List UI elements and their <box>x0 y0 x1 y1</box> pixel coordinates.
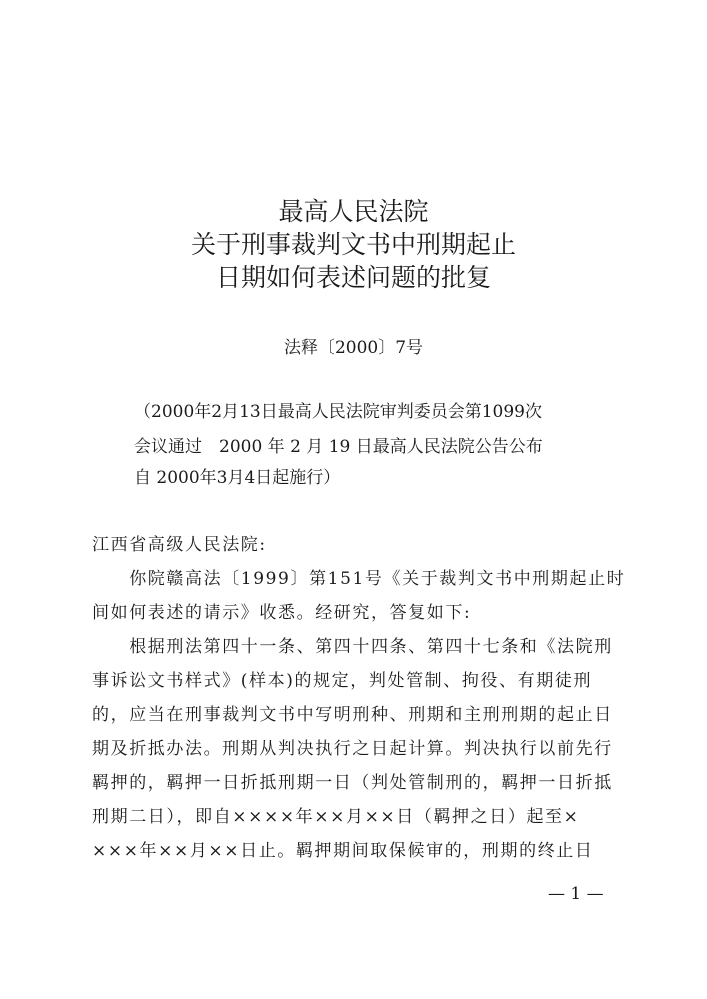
adoption-note-line-3: 自 2000年3月4日起施行） <box>134 468 340 488</box>
body-line: 羁押的，羁押一日折抵刑期一日（判处管制刑的，羁押一日折抵 <box>92 773 618 793</box>
body-line: ×××年××月××日止。羁押期间取保候审的，刑期的终止日 <box>92 841 618 861</box>
body-line: 期及折抵办法。刑期从判决执行之日起计算。判决执行以前先行 <box>92 739 618 759</box>
document-title-line-3: 日期如何表述问题的批复 <box>0 261 707 294</box>
body-line: 根据刑法第四十一条、第四十四条、第四十七条和《法院刑 <box>92 637 618 657</box>
page-number: — 1 — <box>548 884 604 904</box>
document-title-line-2: 关于刑事裁判文书中刑期起止 <box>0 228 707 261</box>
addressee: 江西省高级人民法院: <box>92 535 618 555</box>
body-line: 间如何表述的请示》收悉。经研究，答复如下: <box>92 603 618 623</box>
body-line: 你院赣高法〔1999〕第151号《关于裁判文书中刑期起止时 <box>92 569 618 589</box>
document-number: 法释〔2000〕7号 <box>0 333 707 358</box>
body-line: 的，应当在刑事裁判文书中写明刑种、刑期和主刑刑期的起止日 <box>92 705 618 725</box>
document-title-line-1: 最高人民法院 <box>0 195 707 228</box>
adoption-note-line-1: （2000年2月13日最高人民法院审判委员会第1099次 <box>134 402 542 422</box>
adoption-note-line-2: 会议通过 2000 年 2 月 19 日最高人民法院公告公布 <box>134 437 543 457</box>
body-line: 刑期二日），即自××××年××月××日（羁押之日）起至× <box>92 807 618 827</box>
body-line: 事诉讼文书样式》(样本)的规定，判处管制、拘役、有期徒刑 <box>92 671 618 691</box>
